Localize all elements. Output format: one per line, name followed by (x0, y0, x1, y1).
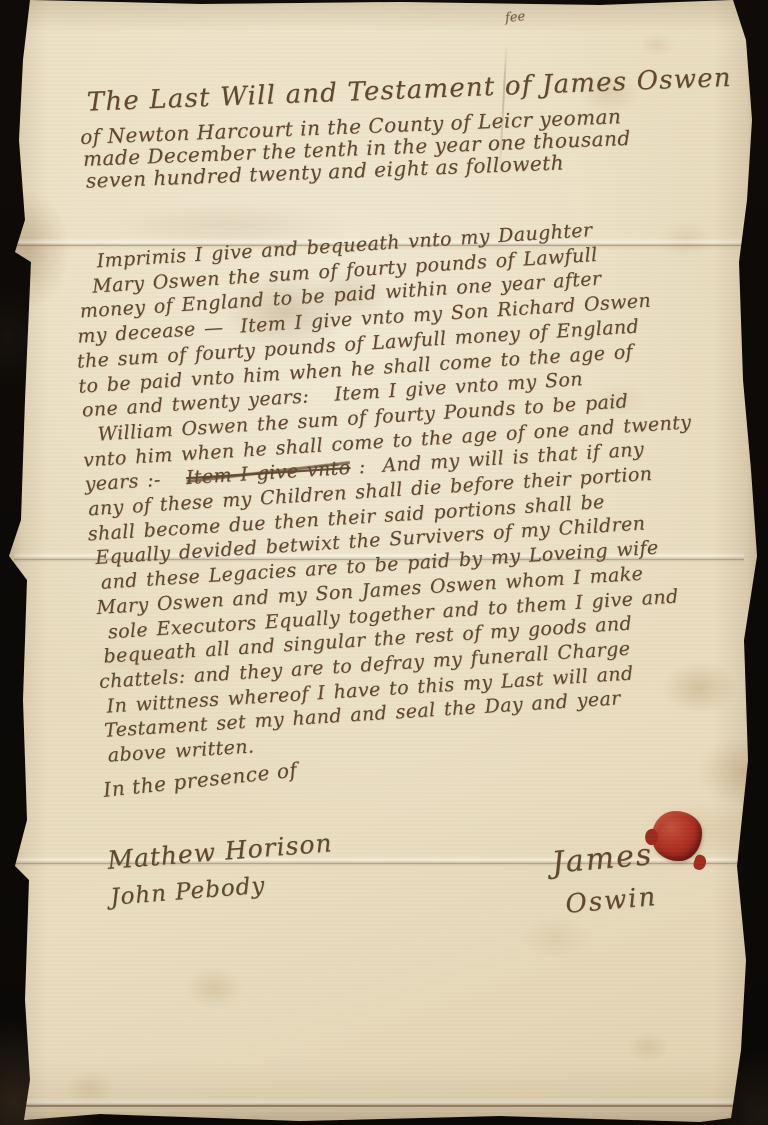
testator-signature: James Oswin (550, 833, 659, 926)
body-line: above written. (107, 706, 711, 769)
parchment-sheet: fee The Last Will and Testament of James… (0, 0, 768, 1125)
body-line: any of these my Children shall die befor… (88, 459, 696, 522)
body-line: In wittness whereof I have to this my La… (106, 657, 708, 719)
archival-mark: fee (504, 9, 525, 26)
fold-crease (14, 238, 744, 250)
paper-crack (499, 44, 508, 176)
body-line: and these Legacies are to be paid by my … (100, 533, 700, 595)
strike-suffix: : And my will is that if any (350, 439, 645, 479)
fold-crease (14, 856, 744, 868)
red-wax-seal (652, 811, 702, 861)
heading-line: seven hundred twenty and eight as follow… (85, 145, 735, 192)
body-line: chattels: and they are to defray my fune… (98, 632, 706, 695)
heading-line: made December the tenth in the year one … (83, 123, 735, 170)
manuscript-photo: fee The Last Will and Testament of James… (0, 0, 768, 1125)
struck-text: Item I give vnto (185, 457, 351, 489)
body-line: Imprimis I give and bequeath vnto my Dau… (96, 213, 680, 274)
body-line-with-strikeout: years :- Item I give vnto : And my will … (84, 435, 694, 498)
fold-crease (14, 1098, 744, 1110)
witness-signature: John Pebody (109, 862, 337, 916)
body-line: William Oswen the sum of fourty Pounds t… (97, 385, 691, 447)
attestation-clause: In the presence of (102, 758, 299, 802)
body-line: my decease — Item I give vnto my Son Ric… (77, 287, 685, 350)
body-line: shall become due then their said portion… (87, 484, 697, 547)
signature-last-name: Oswin (564, 877, 659, 925)
body-line: Testament set my hand and seal the Day a… (103, 681, 709, 744)
heading-line: of Newton Harcourt in the County of Leic… (80, 101, 734, 148)
witness-signatures: Mathew Horison John Pebody (106, 824, 337, 915)
body-line: Equally devided betwixt the Survivers of… (95, 509, 699, 572)
fold-crease (14, 552, 744, 564)
body-line: bequeath all and singular the rest of my… (103, 607, 705, 669)
witness-signature: Mathew Horison (106, 824, 334, 880)
body-line: to be paid vnto him when he shall come t… (78, 336, 688, 399)
body-line: vnto him when he shall come to the age o… (82, 410, 692, 473)
body-line: one and twenty years: Item I give vnto m… (81, 361, 689, 424)
signature-first-name: James (550, 833, 655, 886)
strike-prefix: years :- (84, 468, 187, 496)
body-line: sole Executors Equally together and to t… (107, 583, 703, 645)
will-body: Imprimis I give and bequeath vnto my Dau… (70, 213, 711, 769)
body-line: money of England to be paid within one y… (79, 262, 683, 325)
body-line: Mary Oswen the sum of fourty pounds of L… (92, 237, 682, 299)
body-line: the sum of fourty pounds of Lawfull mone… (76, 311, 686, 374)
body-line: Mary Oswen and my Son James Oswen whom I… (96, 558, 702, 621)
heading-line: The Last Will and Testament of James Osw… (86, 55, 733, 126)
will-heading: The Last Will and Testament of James Osw… (78, 55, 735, 192)
